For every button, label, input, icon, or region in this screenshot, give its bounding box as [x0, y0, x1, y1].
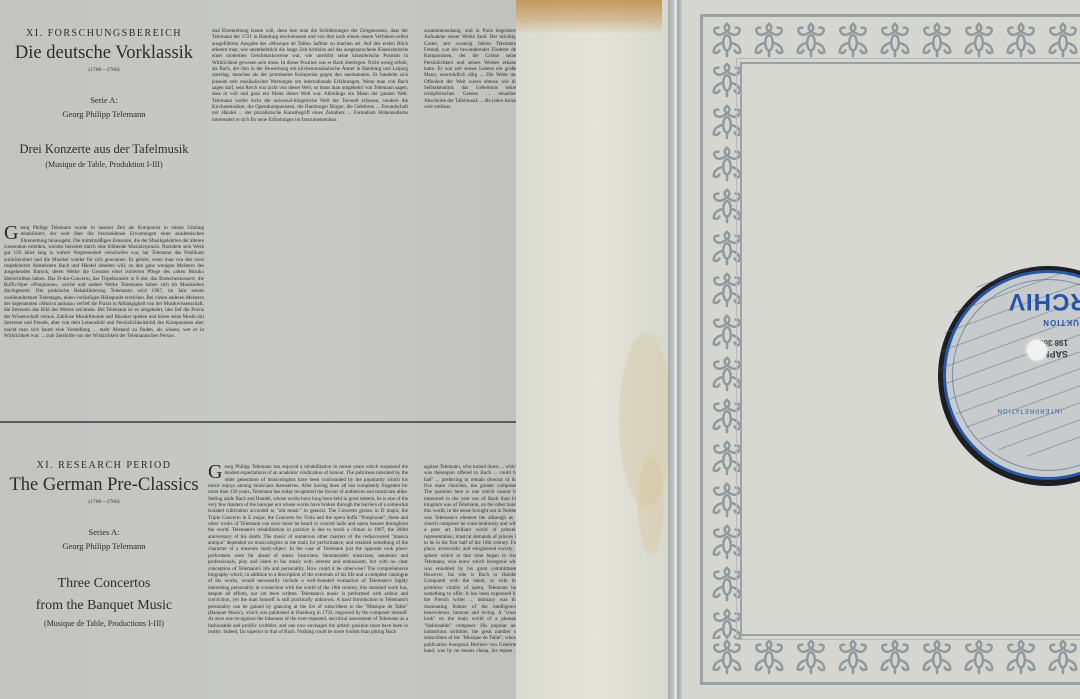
- english-title-block: XI. RESEARCH PERIOD The German Pre-Class…: [0, 460, 208, 628]
- english-kicker: XI. RESEARCH PERIOD: [0, 460, 208, 471]
- scroll-ornament-icon: [876, 20, 914, 58]
- english-series-label: Series A:: [0, 525, 208, 539]
- tape-stain: [516, 0, 662, 34]
- label-brand: ARCHIV: [1008, 287, 1080, 315]
- record-sleeve-photo: XI. FORSCHUNGSBEREICH Die deutsche Vorkl…: [0, 0, 1080, 699]
- dropcap-g: G: [208, 464, 222, 480]
- german-body-col3: zusammenzuhang, und in Paris begeisterte…: [424, 28, 518, 394]
- german-series-label: Serie A:: [0, 93, 208, 107]
- dropcap-g: G: [4, 225, 18, 241]
- german-series: Serie A: Georg Philipp Telemann: [0, 93, 208, 121]
- scroll-ornament-icon: [1044, 637, 1080, 675]
- scroll-ornament-icon: [792, 20, 830, 58]
- scroll-ornament-icon: [918, 637, 956, 675]
- german-kicker: XI. FORSCHUNGSBEREICH: [0, 28, 208, 39]
- inner-sleeve-strip: [516, 0, 676, 699]
- scroll-ornament-icon: [708, 20, 746, 58]
- german-work-subtitle: (Musique de Table, Produktion I-III): [0, 160, 208, 169]
- german-composer: Georg Philipp Telemann: [0, 107, 208, 121]
- scroll-ornament-icon: [708, 637, 746, 675]
- scroll-ornament-icon: [1002, 637, 1040, 675]
- spindle-hole: [1027, 340, 1047, 360]
- ornament-border-bottom: [708, 637, 1080, 679]
- english-body-col1: Georg Philipp Telemann has enjoyed a reh…: [208, 464, 408, 694]
- liner-notes-panel: XI. FORSCHUNGSBEREICH Die deutsche Vorkl…: [0, 0, 520, 699]
- sleeve-edge: [668, 0, 682, 699]
- german-title-block: XI. FORSCHUNGSBEREICH Die deutsche Vorkl…: [0, 28, 208, 169]
- english-composer: Georg Philipp Telemann: [0, 539, 208, 553]
- scroll-ornament-icon: [960, 637, 998, 675]
- german-work-title: Drei Konzerte aus der Tafelmusik: [0, 141, 208, 157]
- german-title: Die deutsche Vorklassik: [0, 43, 208, 63]
- scroll-ornament-icon: [834, 637, 872, 675]
- scroll-ornament-icon: [750, 637, 788, 675]
- english-work-title: Three Concertos from the Banquet Music: [0, 573, 208, 617]
- label-brand-sub: PRODUKTION: [1042, 318, 1080, 327]
- scroll-ornament-icon: [918, 20, 956, 58]
- section-divider: [0, 421, 520, 423]
- english-work-subtitle: (Musique de Table, Productions I-III): [0, 619, 208, 628]
- scroll-ornament-icon: [834, 20, 872, 58]
- english-body-col2: against Telemann, who turned down ... wh…: [424, 464, 518, 654]
- scroll-ornament-icon: [1002, 20, 1040, 58]
- english-series: Series A: Georg Philipp Telemann: [0, 525, 208, 553]
- german-body-col1: Georg Philipp Telemann wurde in unserer …: [4, 225, 204, 395]
- scroll-ornament-icon: [876, 637, 914, 675]
- german-years: (1700—1760): [0, 67, 208, 73]
- scroll-ornament-icon: [960, 20, 998, 58]
- english-title: The German Pre-Classics: [0, 475, 208, 495]
- english-years: (1700—1760): [0, 499, 208, 505]
- ornament-border-top: [708, 20, 1080, 62]
- scroll-ornament-icon: [750, 20, 788, 58]
- scroll-ornament-icon: [792, 637, 830, 675]
- scroll-ornament-icon: [1044, 20, 1080, 58]
- label-section: INTERPRETATION: [997, 407, 1062, 413]
- german-body-col2: und Ehrenrettung lassen will, denn lese …: [212, 28, 408, 394]
